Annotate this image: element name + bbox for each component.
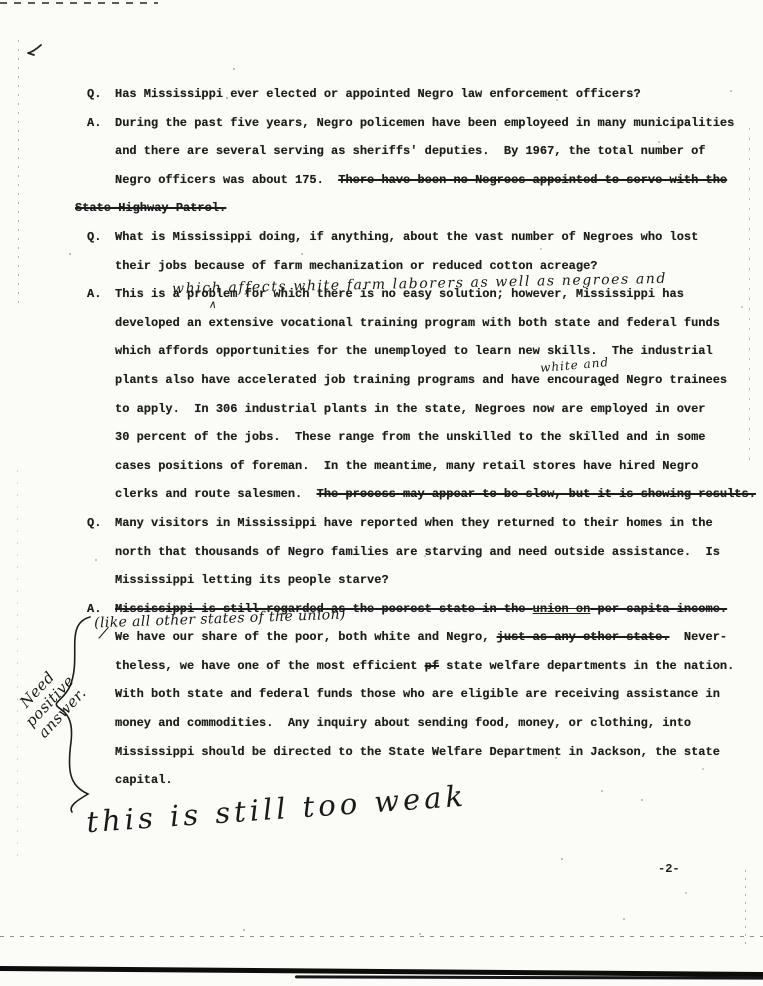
- typed-line: theless, we have one of the most efficie…: [115, 652, 755, 681]
- bottom-dotted-scan-artifact: [0, 936, 763, 937]
- typed-line: clerks and route salesmen. The process m…: [115, 480, 755, 509]
- insertion-caret-icon: ∧: [599, 376, 607, 389]
- answer-text: money and commodities. Any inquiry about…: [115, 716, 691, 730]
- answer-text: With both state and federal funds those …: [115, 687, 720, 701]
- question-label: Q.: [87, 80, 101, 109]
- struck-text: just as any other state.: [497, 630, 670, 644]
- right-edge-scan-artifact: [745, 870, 746, 950]
- typed-line: 30 percent of the jobs. These range from…: [115, 423, 755, 452]
- question-text: Has Mississippi ever elected or appointe…: [115, 87, 641, 101]
- answer-text: state welfare departments in the nation.: [439, 659, 734, 673]
- answer-label: A.: [87, 109, 101, 138]
- typed-line: State Highway Patrol.: [75, 194, 755, 223]
- typed-line: Q.Has Mississippi ever elected or appoin…: [115, 80, 755, 109]
- bottom-scan-edge-bar: [295, 975, 763, 979]
- question-text: their jobs because of farm mechanization…: [115, 259, 597, 273]
- struck-underlined-text: union on: [533, 602, 591, 616]
- struck-text: pf: [425, 659, 439, 673]
- answer-text: Mississippi should be directed to the St…: [115, 745, 720, 759]
- answer-text: Never-: [670, 630, 728, 644]
- top-edge-scan-artifact: [0, 2, 158, 4]
- answer-text: developed an extensive vocational traini…: [115, 316, 720, 330]
- typed-line: developed an extensive vocational traini…: [115, 309, 755, 338]
- typed-line: With both state and federal funds those …: [115, 680, 755, 709]
- answer-text: and there are several serving as sheriff…: [115, 144, 706, 158]
- question-label: Q.: [87, 509, 101, 538]
- typed-line: A.During the past five years, Negro poli…: [115, 109, 755, 138]
- typed-line: We have our share of the poor, both whit…: [115, 623, 755, 652]
- answer-text: to apply. In 306 industrial plants in th…: [115, 402, 706, 416]
- struck-text: There have been no Negroes appointed to …: [338, 173, 727, 187]
- typed-line: Negro officers was about 175. There have…: [115, 166, 755, 195]
- answer-text: During the past five years, Negro police…: [115, 116, 734, 130]
- answer-text: which affords opportunities for the unem…: [115, 344, 713, 358]
- typed-line: Mississippi letting its people starve?: [115, 566, 755, 595]
- typed-line: plants also have accelerated job trainin…: [115, 366, 755, 395]
- struck-text: per capita income.: [590, 602, 727, 616]
- typed-text-body: Q.Has Mississippi ever elected or appoin…: [115, 80, 755, 795]
- typed-line: cases positions of foreman. In the meant…: [115, 452, 755, 481]
- answer-text: plants also have accelerated job trainin…: [115, 373, 727, 387]
- typed-line: to apply. In 306 industrial plants in th…: [115, 395, 755, 424]
- typed-line: Q.Many visitors in Mississippi have repo…: [115, 509, 755, 538]
- typed-line: money and commodities. Any inquiry about…: [115, 709, 755, 738]
- typed-line: which affords opportunities for the unem…: [115, 337, 755, 366]
- left-edge-scan-artifact: [18, 40, 19, 310]
- answer-text: theless, we have one of the most efficie…: [115, 659, 425, 673]
- typed-line: Mississippi should be directed to the St…: [115, 738, 755, 767]
- answer-text: Negro officers was about 175.: [115, 173, 338, 187]
- typed-line: and there are several serving as sheriff…: [115, 137, 755, 166]
- scanned-document-page: Q.Has Mississippi ever elected or appoin…: [0, 0, 763, 986]
- struck-text: State Highway Patrol.: [75, 201, 226, 215]
- answer-text: capital.: [115, 773, 173, 787]
- struck-text: The process may appear to be slow, but i…: [317, 487, 756, 501]
- answer-text: clerks and route salesmen.: [115, 487, 317, 501]
- scan-noise-specks: [0, 0, 2, 2]
- page-number: -2-: [658, 862, 680, 876]
- question-text: What is Mississippi doing, if anything, …: [115, 230, 698, 244]
- answer-text: We have our share of the poor, both whit…: [115, 630, 497, 644]
- answer-text: 30 percent of the jobs. These range from…: [115, 430, 706, 444]
- pen-tick-icon: [26, 42, 48, 58]
- margin-brace-icon: [48, 614, 94, 814]
- question-text: north that thousands of Negro families a…: [115, 545, 720, 559]
- typed-line: north that thousands of Negro families a…: [115, 538, 755, 567]
- question-text: Many visitors in Mississippi have report…: [115, 516, 713, 530]
- left-edge-scan-artifact: [17, 470, 18, 860]
- typed-line: Q.What is Mississippi doing, if anything…: [115, 223, 755, 252]
- answer-label: A.: [87, 280, 101, 309]
- question-label: Q.: [87, 223, 101, 252]
- question-text: Mississippi letting its people starve?: [115, 573, 389, 587]
- answer-text: cases positions of foreman. In the meant…: [115, 459, 698, 473]
